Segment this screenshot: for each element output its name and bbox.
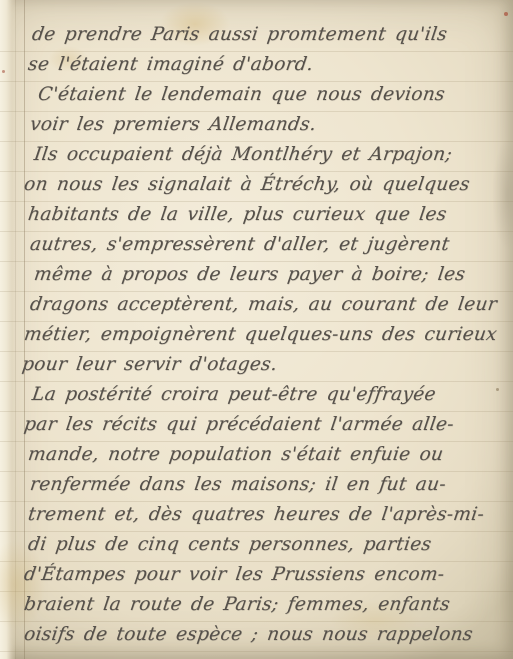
manuscript-line: autres, s'empressèrent d'aller, et jugèr… bbox=[0, 230, 513, 260]
manuscript-line: par les récits qui précédaient l'armée a… bbox=[0, 410, 513, 440]
manuscript-line: de prendre Paris aussi promtement qu'ils bbox=[0, 20, 513, 50]
manuscript-line: même à propos de leurs payer à boire; le… bbox=[0, 260, 513, 290]
manuscript-line: d'Étampes pour voir les Prussiens encom- bbox=[0, 560, 513, 590]
manuscript-line: trement et, dès quatres heures de l'aprè… bbox=[0, 500, 513, 530]
manuscript-line: La postérité croira peut-être qu'effrayé… bbox=[0, 380, 513, 410]
manuscript-line: dragons acceptèrent, mais, au courant de… bbox=[0, 290, 513, 320]
manuscript-line: se l'étaient imaginé d'abord. bbox=[0, 50, 513, 80]
manuscript-line: renfermée dans les maisons; il en fut au… bbox=[0, 470, 513, 500]
manuscript-line: habitants de la ville, plus curieux que … bbox=[0, 200, 513, 230]
manuscript-line: on nous les signalait à Étréchy, où quel… bbox=[0, 170, 513, 200]
manuscript-line: mande, notre population s'était enfuie o… bbox=[0, 440, 513, 470]
manuscript-line: pour leur servir d'otages. bbox=[0, 350, 513, 380]
manuscript-line: oisifs de toute espèce ; nous nous rappe… bbox=[0, 620, 513, 650]
manuscript-line: métier, empoignèrent quelques-uns des cu… bbox=[0, 320, 513, 350]
ink-speck bbox=[504, 12, 508, 16]
manuscript-text: de prendre Paris aussi promtement qu'ils… bbox=[0, 20, 513, 650]
manuscript-page: de prendre Paris aussi promtement qu'ils… bbox=[0, 0, 513, 659]
manuscript-line: braient la route de Paris; femmes, enfan… bbox=[0, 590, 513, 620]
manuscript-line: di plus de cinq cents personnes, parties bbox=[0, 530, 513, 560]
manuscript-line: voir les premiers Allemands. bbox=[0, 110, 513, 140]
manuscript-line: C'étaient le lendemain que nous devions bbox=[0, 80, 513, 110]
manuscript-line: Ils occupaient déjà Montlhéry et Arpajon… bbox=[0, 140, 513, 170]
